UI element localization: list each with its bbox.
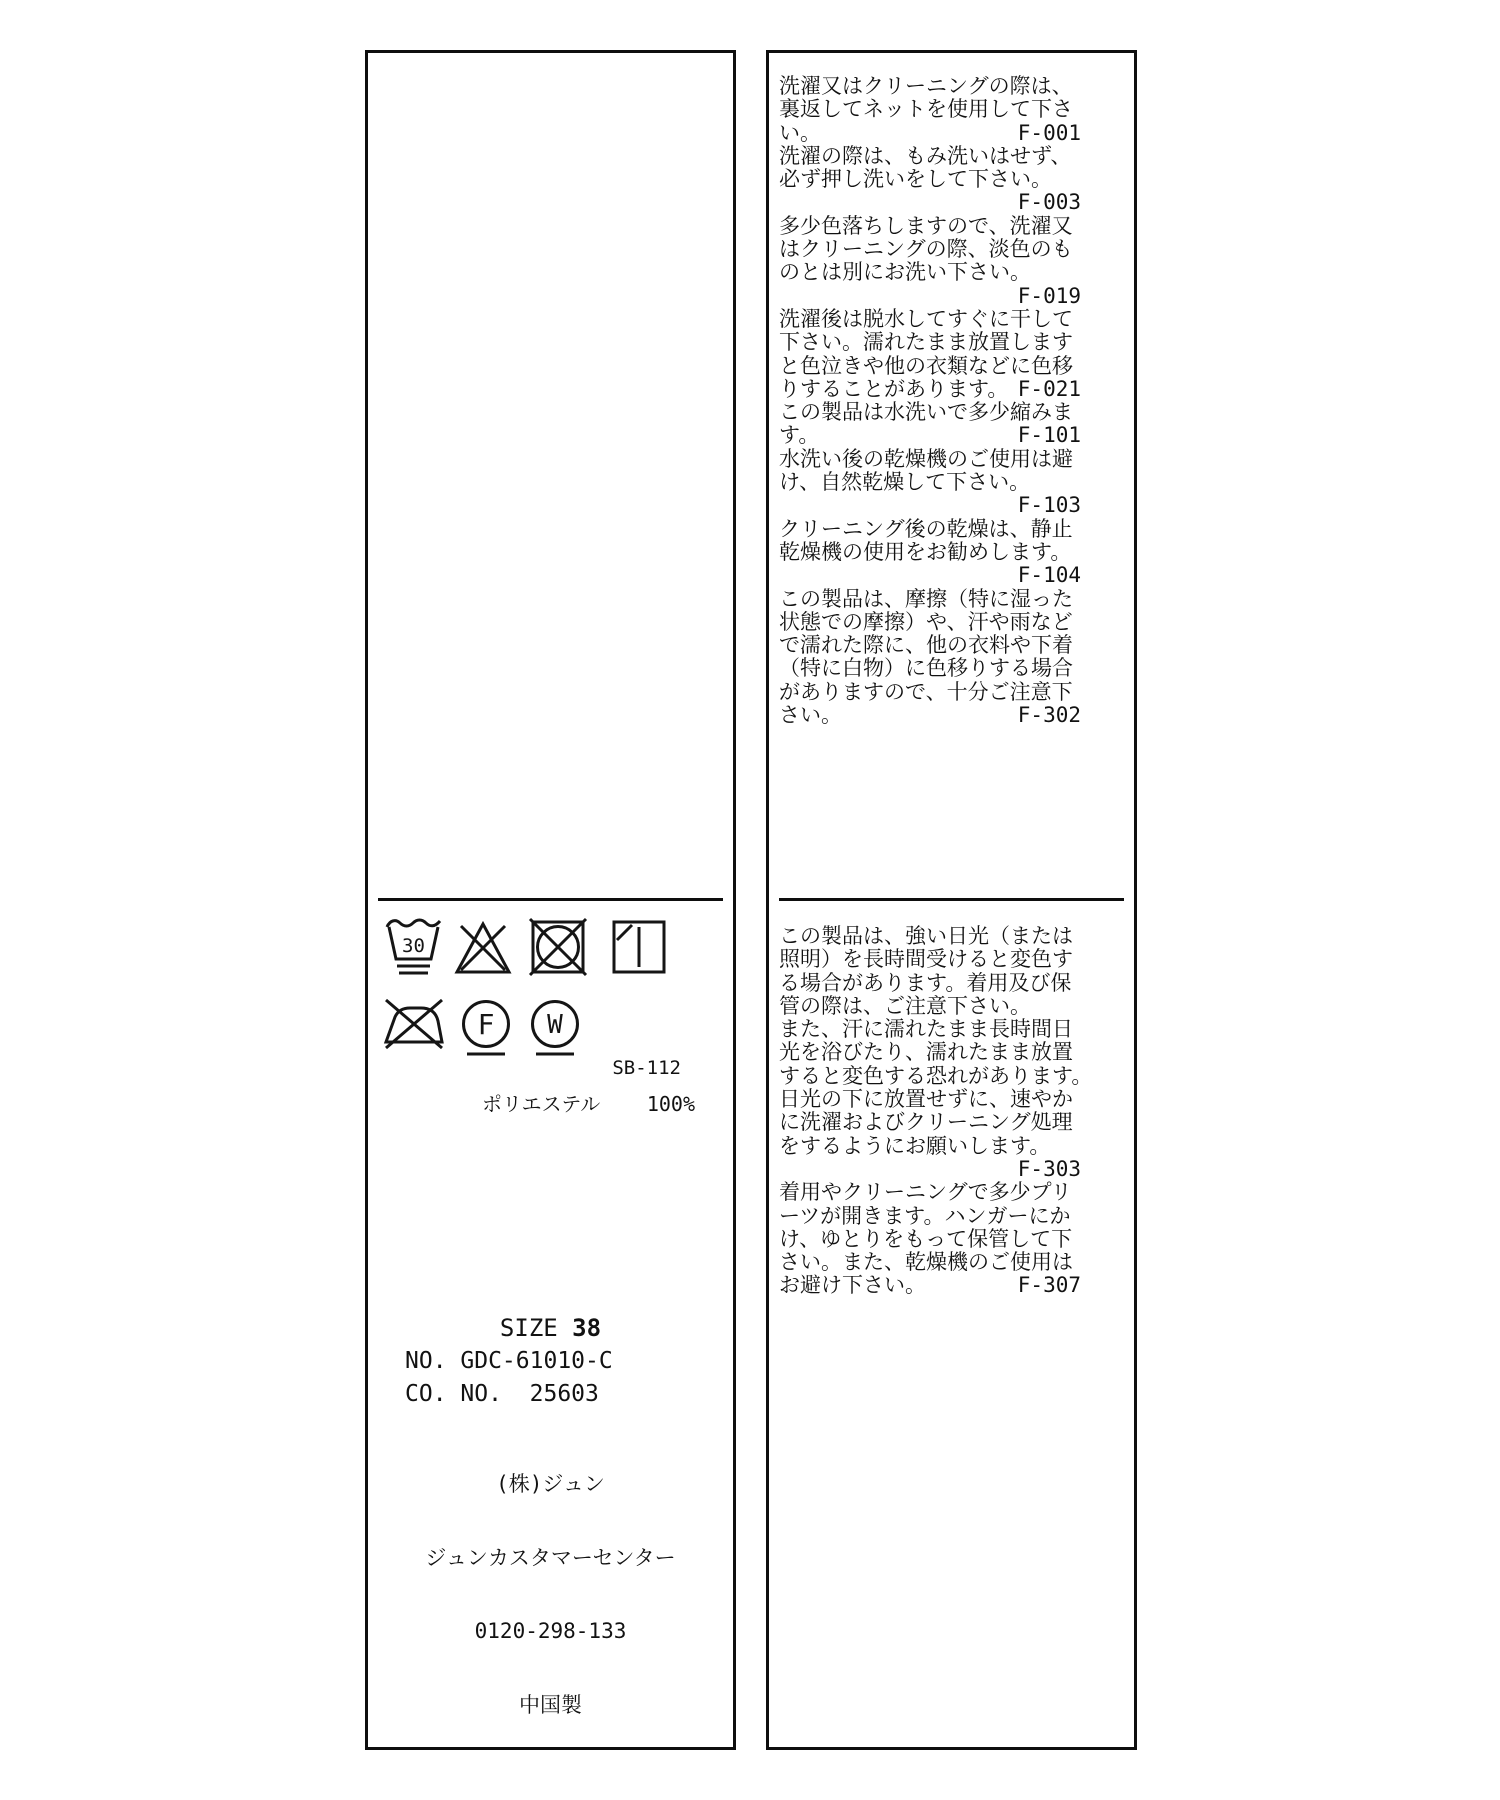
care-code: F-307 [1018, 1274, 1081, 1297]
care-code: F-101 [1018, 424, 1081, 447]
care-text: で濡れた際に、他の衣料や下着 [779, 634, 1073, 657]
svg-text:W: W [547, 1010, 563, 1040]
care-text-line: 必ず押し洗いをして下さい。 [779, 168, 1081, 191]
care-text-line: この製品は、強い日光（または [779, 925, 1081, 948]
care-text-line: 管の際は、ご注意下さい。 [779, 995, 1081, 1018]
care-text-line: F-103 [779, 494, 1081, 517]
dryclean-f-circle-icon: F [460, 997, 512, 1059]
care-text-line: で濡れた際に、他の衣料や下着 [779, 634, 1081, 657]
care-text-line: 水洗い後の乾燥機のご使用は避 [779, 448, 1081, 471]
care-text: 管の際は、ご注意下さい。 [779, 995, 1031, 1018]
care-text: をするようにお願いします。 [779, 1135, 1050, 1158]
care-text-line: F-019 [779, 285, 1081, 308]
care-text-line: 洗濯の際は、もみ洗いはせず、 [779, 145, 1081, 168]
material-name: ポリエステル [482, 1093, 600, 1115]
care-text: さい。また、乾燥機のご使用は [779, 1251, 1073, 1274]
care-text: 照明）を長時間受けると変色す [779, 948, 1073, 971]
care-text-line: すると変色する恐れがあります。 [779, 1065, 1081, 1088]
care-text-line: また、汗に濡れたまま長時間日 [779, 1018, 1081, 1041]
care-text: すると変色する恐れがあります。 [779, 1065, 1092, 1088]
care-text-line: お避け下さい。F-307 [779, 1274, 1081, 1297]
care-text: 必ず押し洗いをして下さい。 [779, 168, 1052, 191]
care-code: F-003 [1018, 191, 1081, 214]
product-number: NO. GDC-61010-C [405, 1349, 613, 1374]
wetclean-w-circle-icon: W [529, 997, 581, 1059]
phone-number: 0120-298-133 [368, 1619, 733, 1644]
care-text: い。 [779, 122, 821, 145]
svg-text:F: F [478, 1008, 495, 1041]
care-text-line: のとは別にお洗い下さい。 [779, 261, 1081, 284]
care-text: 光を浴びたり、濡れたまま放置 [779, 1041, 1073, 1064]
care-instructions-section-1: 洗濯又はクリーニングの際は、裏返してネットを使用して下さい。F-001洗濯の際は… [779, 75, 1081, 727]
care-code: F-021 [1018, 378, 1081, 401]
customer-center: ジュンカスタマーセンター [368, 1546, 733, 1571]
care-text-line: さい。F-302 [779, 704, 1081, 727]
care-text: け、ゆとりをもって保管して下 [779, 1228, 1072, 1251]
care-text-line: 裏返してネットを使用して下さ [779, 98, 1081, 121]
company-block: (株)ジュン ジュンカスタマーセンター 0120-298-133 中国製 [368, 1423, 733, 1766]
care-text-line: 多少色落ちしますので、洗濯又 [779, 215, 1081, 238]
care-text-line: （特に白物）に色移りする場合 [779, 657, 1081, 680]
care-text-line: F-303 [779, 1158, 1081, 1181]
composition-row: ポリエステル 100% [482, 1093, 695, 1115]
machine-wash-30-icon: 30 [385, 915, 442, 979]
care-label-left-panel: 30 F [365, 50, 736, 1750]
care-text: 着用やクリーニングで多少プリ [779, 1181, 1072, 1204]
care-text: と色泣きや他の衣類などに色移 [779, 355, 1073, 378]
care-text: 洗濯後は脱水してすぐに干して [779, 308, 1073, 331]
care-text-line: す。F-101 [779, 424, 1081, 447]
care-text: す。 [779, 424, 819, 447]
size-line: SIZE 38 [368, 1315, 733, 1341]
care-text: りすることがあります。 [779, 378, 1008, 401]
care-text: 水洗い後の乾燥機のご使用は避 [779, 448, 1073, 471]
care-text: 日光の下に放置せずに、速やか [779, 1088, 1073, 1111]
care-text-line: 着用やクリーニングで多少プリ [779, 1181, 1081, 1204]
care-text: のとは別にお洗い下さい。 [779, 261, 1031, 284]
care-text-line: い。F-001 [779, 122, 1081, 145]
care-code: F-019 [1018, 285, 1081, 308]
care-text-line: 照明）を長時間受けると変色す [779, 948, 1081, 971]
care-text-line: この製品は水洗いで多少縮みま [779, 401, 1081, 424]
care-text-line: 洗濯後は脱水してすぐに干して [779, 308, 1081, 331]
care-text: クリーニング後の乾燥は、静止 [779, 518, 1073, 541]
do-not-iron-icon [383, 997, 445, 1053]
care-text: 裏返してネットを使用して下さ [779, 98, 1073, 121]
care-text: 乾燥機の使用をお勧めします。 [779, 541, 1071, 564]
care-label-right-panel: 洗濯又はクリーニングの際は、裏返してネットを使用して下さい。F-001洗濯の際は… [766, 50, 1137, 1750]
care-text: がありますので、十分ご注意下 [779, 681, 1073, 704]
sb-code: SB-112 [612, 1059, 681, 1078]
care-text: 多少色落ちしますので、洗濯又 [779, 215, 1073, 238]
size-value: 38 [572, 1314, 601, 1342]
right-panel-divider-line [779, 898, 1124, 901]
care-text: この製品は、強い日光（または [779, 925, 1073, 948]
care-code: F-001 [1018, 122, 1081, 145]
care-text: はクリーニングの際、淡色のも [779, 238, 1073, 261]
care-code: F-302 [1018, 704, 1081, 727]
left-panel-divider-line [378, 898, 723, 901]
care-text-line: 洗濯又はクリーニングの際は、 [779, 75, 1081, 98]
care-text: この製品は、摩擦（特に湿った [779, 588, 1073, 611]
care-text: 状態での摩擦）や、汗や雨など [779, 611, 1073, 634]
care-text-line: る場合があります。着用及び保 [779, 972, 1081, 995]
care-text-line: この製品は、摩擦（特に湿った [779, 588, 1081, 611]
care-text-line: F-104 [779, 564, 1081, 587]
care-text-line: け、自然乾燥して下さい。 [779, 471, 1081, 494]
care-text-line: 乾燥機の使用をお勧めします。 [779, 541, 1081, 564]
country-of-origin: 中国製 [368, 1693, 733, 1718]
care-text: お避け下さい。 [779, 1274, 926, 1297]
care-text-line: さい。また、乾燥機のご使用は [779, 1251, 1081, 1274]
care-text-line: と色泣きや他の衣類などに色移 [779, 355, 1081, 378]
care-text: （特に白物）に色移りする場合 [779, 657, 1073, 680]
care-text-line: け、ゆとりをもって保管して下 [779, 1228, 1081, 1251]
care-text-line: 光を浴びたり、濡れたまま放置 [779, 1041, 1081, 1064]
care-text-line: F-003 [779, 191, 1081, 214]
material-percent: 100% [647, 1093, 695, 1115]
do-not-bleach-icon [454, 919, 512, 977]
care-text-line: 下さい。濡れたまま放置します [779, 331, 1081, 354]
care-code: F-303 [1018, 1158, 1081, 1181]
care-code: F-104 [1018, 564, 1081, 587]
size-label: SIZE [500, 1314, 558, 1342]
care-text-line: はクリーニングの際、淡色のも [779, 238, 1081, 261]
company-name: (株)ジュン [368, 1472, 733, 1497]
care-text: また、汗に濡れたまま長時間日 [779, 1018, 1073, 1041]
care-label-scan: { "colors": { "background": "#ffffff", "… [0, 0, 1500, 1800]
care-text-line: 日光の下に放置せずに、速やか [779, 1088, 1081, 1111]
co-number: CO. NO. 25603 [405, 1382, 599, 1407]
svg-text:30: 30 [402, 935, 425, 957]
do-not-tumble-dry-icon [528, 917, 588, 977]
care-text-line: がありますので、十分ご注意下 [779, 681, 1081, 704]
care-text: ーツが開きます。ハンガーにか [779, 1205, 1070, 1228]
care-code: F-103 [1018, 494, 1081, 517]
line-dry-in-shade-icon [611, 919, 667, 975]
care-text: 洗濯の際は、もみ洗いはせず、 [779, 145, 1071, 168]
care-text-line: 状態での摩擦）や、汗や雨など [779, 611, 1081, 634]
care-text-line: りすることがあります。F-021 [779, 378, 1081, 401]
care-text: に洗濯およびクリーニング処理 [779, 1111, 1073, 1134]
care-text: この製品は水洗いで多少縮みま [779, 401, 1073, 424]
care-text: け、自然乾燥して下さい。 [779, 471, 1030, 494]
care-text-line: クリーニング後の乾燥は、静止 [779, 518, 1081, 541]
care-text: 下さい。濡れたまま放置します [779, 331, 1073, 354]
care-text: 洗濯又はクリーニングの際は、 [779, 75, 1073, 98]
care-text: さい。 [779, 704, 842, 727]
care-instructions-section-2: この製品は、強い日光（または照明）を長時間受けると変色する場合があります。着用及… [779, 925, 1081, 1298]
care-text-line: ーツが開きます。ハンガーにか [779, 1205, 1081, 1228]
care-text-line: に洗濯およびクリーニング処理 [779, 1111, 1081, 1134]
care-text-line: をするようにお願いします。 [779, 1135, 1081, 1158]
care-text: る場合があります。着用及び保 [779, 972, 1071, 995]
